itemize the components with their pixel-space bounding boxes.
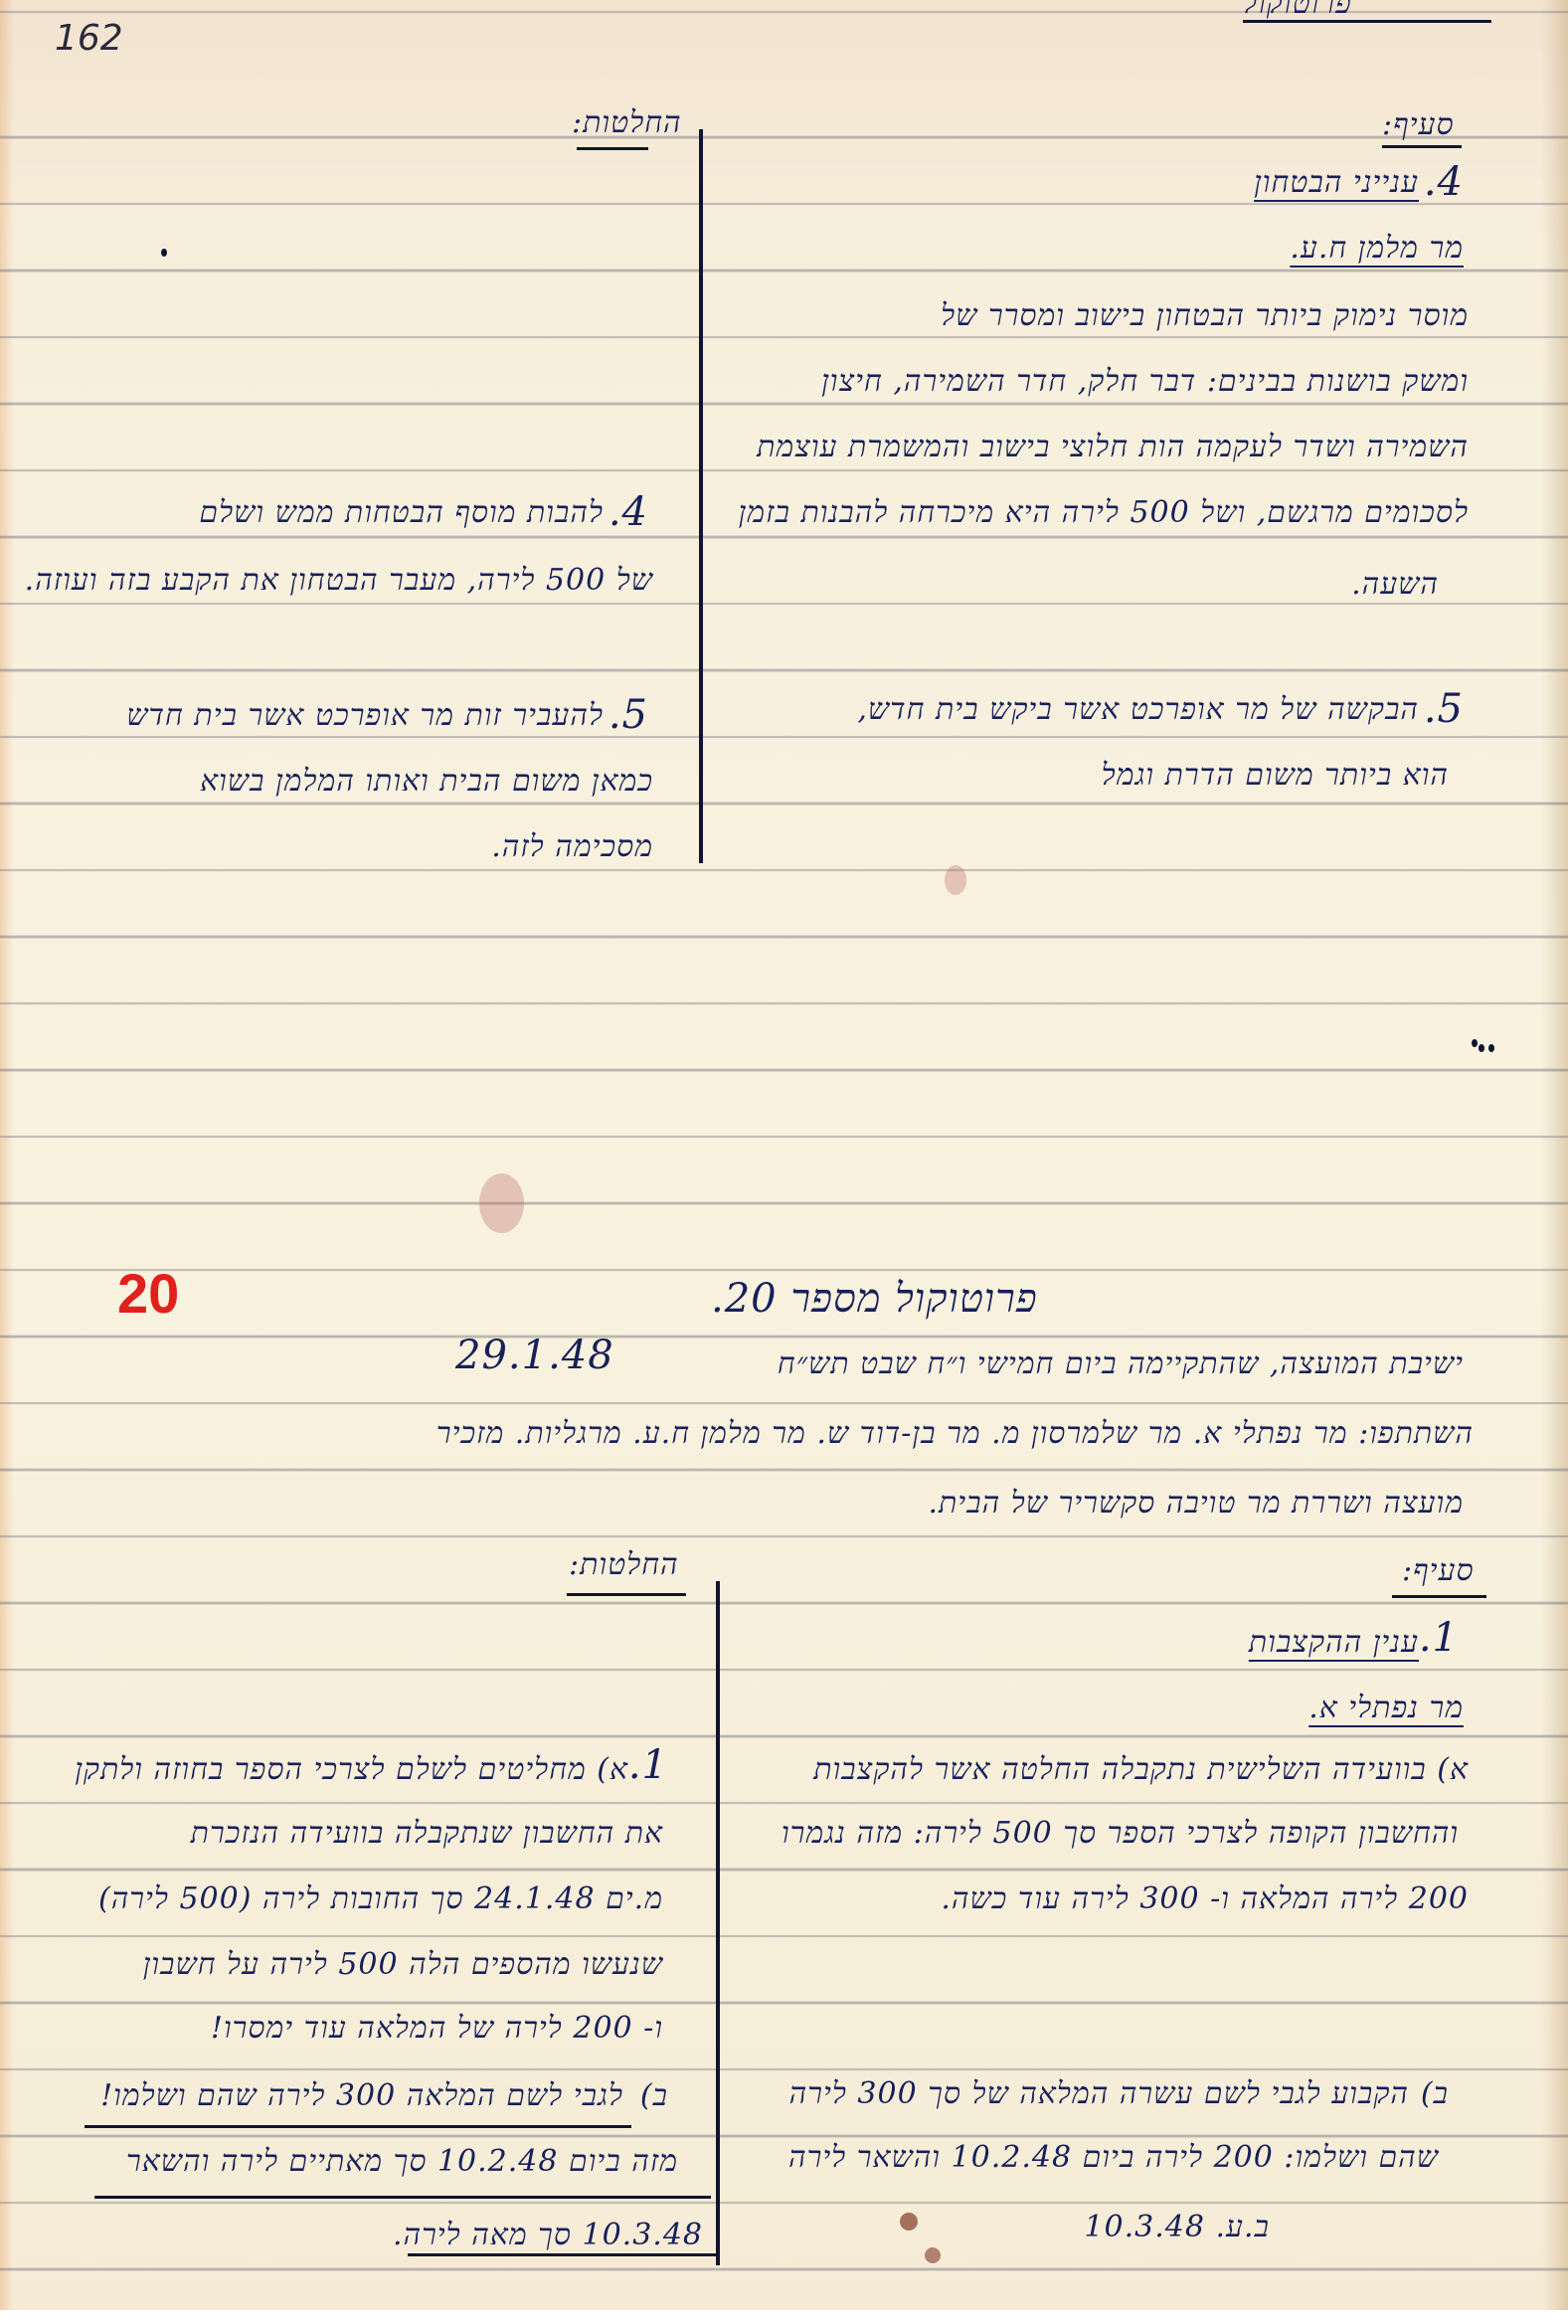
decision-text-line: להעביר זות מר אופרכט אשר בית חדש	[126, 698, 604, 733]
agenda-item-number: 5.	[1424, 686, 1464, 732]
agenda-heading-underline	[1392, 1595, 1486, 1598]
decisions-heading: החלטות:	[569, 1547, 679, 1582]
column-divider-top	[699, 129, 703, 863]
meeting-date: 29.1.48	[455, 1333, 614, 1378]
agenda-item-number: ב)	[1421, 2076, 1449, 2111]
decision-item-number: 1.	[628, 1742, 668, 1788]
protocol-number-marker: 20	[117, 1261, 179, 1326]
agenda-text-line: השעה.	[1351, 567, 1439, 602]
agenda-text-line: מוסר נימוק ביותר הבטחון בישוב ומסרר של	[941, 298, 1469, 333]
agenda-text-line: ומשק בושנות בבינים: דבר חלק, חדר השמירה,…	[821, 364, 1469, 399]
agenda-text-line: 200 לירה המלאה ו- 300 לירה עוד כשה.	[941, 1881, 1469, 1916]
page-number: 162	[55, 18, 123, 59]
decision-text-line: 10.3.48 סך מאה לירה.	[393, 2218, 703, 2252]
scan-edge	[0, 2310, 1568, 2324]
decision-item-number: ב)	[640, 2078, 668, 2113]
agenda-text-line: השמירה ושדר לעקמה הות חלוצי בישוב והמשמר…	[757, 430, 1469, 464]
agenda-text-line: והחשבון הקופה לצרכי הספר סך 500 לירה: מז…	[782, 1816, 1459, 1851]
decision-underline	[408, 2253, 719, 2256]
stain	[945, 865, 966, 895]
agenda-item-speaker: מר נפתלי א.	[1308, 1691, 1464, 1725]
agenda-item-title: ענין ההקצבות	[1249, 1625, 1419, 1660]
secretary-line: מועצה ושררת מר טויבה סקשריר של הבית.	[928, 1486, 1464, 1520]
decision-text-line: של 500 לירה, מעבר הבטחון את הקבע בזה ועו…	[25, 563, 653, 598]
meeting-line: ישיבת המועצה, שהתקיימה ביום חמישי ו״ח שב…	[778, 1346, 1464, 1381]
decision-text-line: להבות מוסף הבטחות ממש ושלם	[199, 495, 604, 530]
agenda-item-number: 1.	[1419, 1615, 1459, 1661]
agenda-text-line: הוא ביותר משום הדרת וגמל	[1102, 758, 1449, 793]
decisions-heading: החלטות:	[572, 105, 682, 140]
agenda-text-line: הבקשה של מר אופרכט אשר ביקש בית חדש,	[857, 692, 1419, 727]
agenda-heading: סעיף:	[1402, 1553, 1475, 1588]
decision-text-line: את החשבון שנתקבלה בוועידה הנזכרת	[191, 1816, 663, 1851]
header-corner-text: פרוטוקול	[1243, 0, 1352, 21]
agenda-item-speaker: מר מלמן ח.ע.	[1290, 231, 1464, 266]
stain	[900, 2213, 918, 2231]
agenda-heading-underline	[1382, 145, 1462, 148]
decision-text-line: ו- 200 לירה של המלאה עוד ימסרו!	[211, 2011, 663, 2046]
decision-underline	[85, 2125, 631, 2128]
decision-item-number: 5.	[609, 692, 648, 738]
decision-item-number: 4.	[609, 489, 648, 535]
attendees-line: השתתפו: מר נפתלי א. מר שלמרסון מ. מר בן-…	[436, 1416, 1474, 1451]
decision-text-line: כמאן משום הבית ואותו המלמן בשוא	[200, 764, 653, 799]
decisions-heading-underline	[577, 147, 648, 150]
ink-dot	[1479, 1044, 1484, 1052]
decision-text-line: מזה ביום 10.2.48 סך מאתיים לירה והשאר	[126, 2144, 678, 2179]
agenda-text-line: לסכומים מרגשם, ושל 500 לירה היא מיכרחה ל…	[739, 495, 1469, 530]
header-underline	[1243, 20, 1491, 23]
agenda-text-line: הקבוע לגבי לשם עשרה המלאה של סך 300 לירה	[789, 2076, 1409, 2111]
protocol-title: פרוטוקול מספר 20.	[711, 1275, 1038, 1322]
agenda-item-title: ענייני הבטחון	[1254, 165, 1419, 200]
agenda-heading: סעיף:	[1382, 107, 1455, 142]
decision-text-line: א) מחליטים לשלם לצרכי הספר בחוזה ולתקן	[75, 1752, 628, 1787]
decision-underline	[94, 2196, 711, 2199]
ink-dot	[161, 249, 167, 257]
agenda-item-number: 4.	[1424, 159, 1464, 205]
stain	[479, 1173, 524, 1233]
decision-text-line: מסכימה לזה.	[491, 829, 653, 864]
agenda-text-line: א) בוועידה השלישית נתקבלה החלטה אשר להקצ…	[813, 1752, 1469, 1787]
decision-text-line: לגבי לשם המלאה 300 לירה שהם ושלמו!	[100, 2078, 623, 2113]
ink-dot	[1488, 1044, 1494, 1052]
stain	[925, 2247, 941, 2263]
agenda-text-line: ב.ע. 10.3.48	[1084, 2210, 1270, 2244]
agenda-text-line: שהם ושלמו: 200 לירה ביום 10.2.48 והשאר ל…	[788, 2140, 1439, 2175]
decisions-heading-underline	[567, 1593, 686, 1596]
decision-text-line: מ.ים 24.1.48 סך החובות לירה (500 לירה)	[98, 1881, 663, 1916]
column-divider-bottom	[716, 1581, 720, 2265]
decision-text-line: שנעשו מהספים הלה 500 לירה על חשבון	[143, 1947, 663, 1982]
ink-dot	[1472, 1039, 1478, 1047]
